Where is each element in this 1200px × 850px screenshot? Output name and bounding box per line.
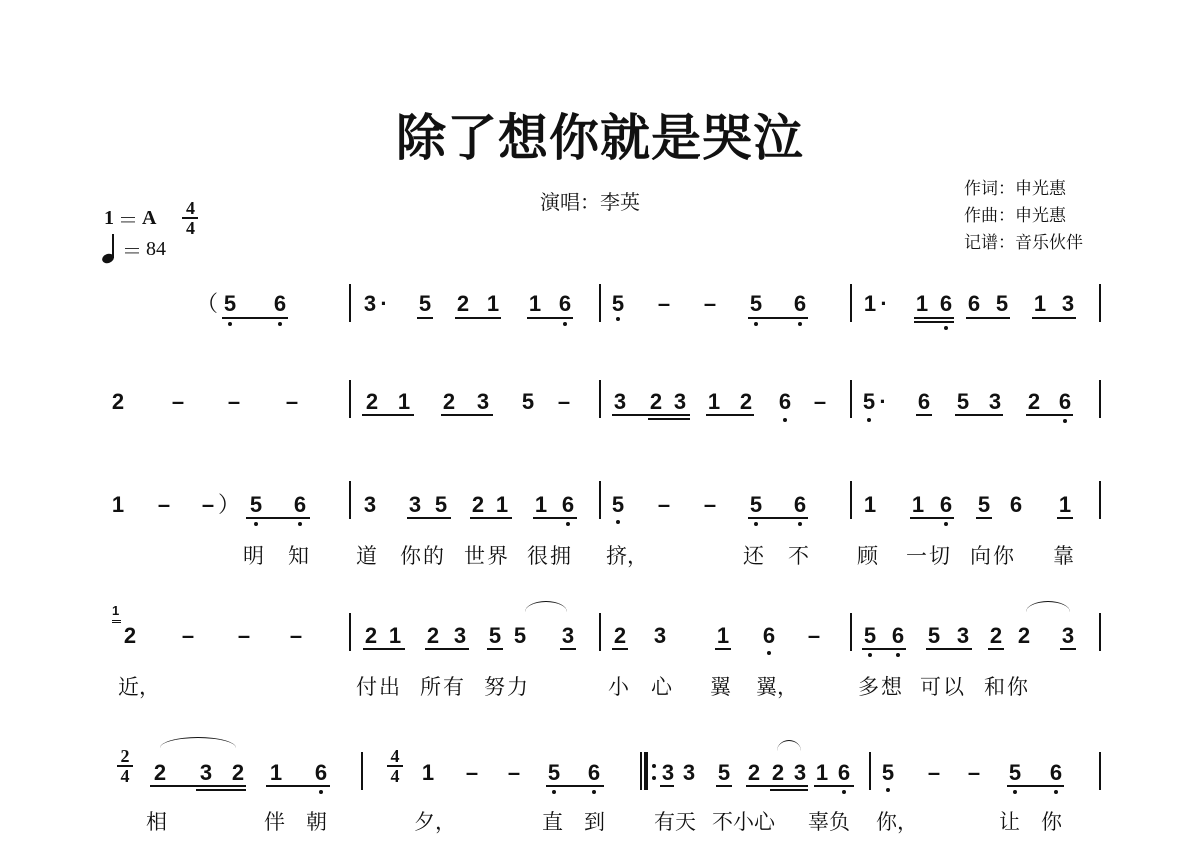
note: 5 (610, 494, 626, 516)
dash: – (170, 391, 186, 413)
dash: – (556, 391, 572, 413)
note: 5 (512, 625, 528, 647)
note: 2 (364, 391, 380, 413)
dash: – (926, 762, 942, 784)
note: 6 (761, 625, 777, 647)
close-paren: ） (218, 494, 234, 516)
key-degree: 1 (104, 207, 114, 230)
barline (349, 380, 351, 418)
note: 5 (222, 293, 238, 315)
note: 5 (433, 494, 449, 516)
note: 2 (425, 625, 441, 647)
note: 2 (230, 762, 246, 784)
lyric: 到 (584, 810, 605, 834)
slur (160, 737, 236, 748)
barline (1099, 380, 1101, 418)
note: 5 (417, 293, 433, 315)
note: 5 (994, 293, 1010, 315)
dash: – (806, 625, 822, 647)
lyric: 直 (542, 810, 563, 834)
slur (525, 601, 567, 612)
note: 3 (987, 391, 1003, 413)
note: 6 (777, 391, 793, 413)
barline (869, 752, 871, 790)
time-signature-bottom: 4 (391, 768, 400, 784)
note: 1 (1057, 494, 1073, 516)
lyric: 顾 (857, 544, 878, 568)
note: 5 (716, 762, 732, 784)
note: 5 (248, 494, 264, 516)
note: 2 (455, 293, 471, 315)
barline (1099, 284, 1101, 322)
dot: · (876, 293, 892, 315)
note: 5 (1007, 762, 1023, 784)
dash: – (702, 494, 718, 516)
note: 6 (938, 494, 954, 516)
note: 6 (586, 762, 602, 784)
barline (349, 613, 351, 651)
lyric: 还 (743, 544, 764, 568)
note: 3 (660, 762, 676, 784)
lyric: 你 (1041, 810, 1062, 834)
key-equals: ＝ (118, 204, 138, 233)
note: 5 (976, 494, 992, 516)
time-signature-2-4: 2 4 (117, 748, 133, 784)
note: 1 (387, 625, 403, 647)
note: 6 (836, 762, 852, 784)
note: 2 (1026, 391, 1042, 413)
lyric: 心 (651, 675, 672, 699)
time-signature-top: 4 (391, 748, 400, 764)
lyric: 可以 (920, 675, 966, 699)
lyric: 伴 (264, 810, 285, 834)
note: 1 (420, 762, 436, 784)
lyric: 小 (608, 675, 629, 699)
barline (850, 284, 852, 322)
note: 6 (938, 293, 954, 315)
grace-note: 1 (112, 603, 119, 618)
barline (349, 481, 351, 519)
dash: – (226, 391, 242, 413)
note: 5 (880, 762, 896, 784)
dash: – (656, 293, 672, 315)
note: 1 (910, 494, 926, 516)
note: 2 (152, 762, 168, 784)
barline (1099, 752, 1101, 790)
lyric: 你， (876, 810, 918, 834)
open-paren: （ (196, 293, 212, 315)
barline (599, 380, 601, 418)
lyric: 向你 (970, 544, 1016, 568)
lyric: 有天 (654, 810, 696, 834)
note: 2 (648, 391, 664, 413)
transcriber-credit: 记谱：音乐伙伴 (964, 230, 1083, 257)
barline (850, 380, 852, 418)
lyric: 挤， (606, 544, 648, 568)
time-signature-top: 4 (186, 200, 195, 216)
lyric: 朝 (306, 810, 327, 834)
note: 1 (494, 494, 510, 516)
barline (599, 284, 601, 322)
note: 3 (955, 625, 971, 647)
dot: · (875, 391, 891, 413)
note: 2 (746, 762, 762, 784)
barline (850, 481, 852, 519)
note: 2 (1016, 625, 1032, 647)
key-signature: 1 ＝ A 4 4 (104, 200, 198, 236)
dash: – (464, 762, 480, 784)
note: 3 (407, 494, 423, 516)
note: 2 (612, 625, 628, 647)
song-title: 除了想你就是哭泣 (0, 98, 1200, 170)
note: 6 (792, 293, 808, 315)
note: 2 (110, 391, 126, 413)
note: 5 (487, 625, 503, 647)
note: 1 (1032, 293, 1048, 315)
barline (599, 613, 601, 651)
dash: – (288, 625, 304, 647)
note: 3 (652, 625, 668, 647)
note: 1 (533, 494, 549, 516)
note: 6 (1048, 762, 1064, 784)
lyric: 多想 (858, 675, 904, 699)
note: 6 (890, 625, 906, 647)
dash: – (200, 494, 216, 516)
note: 3 (612, 391, 628, 413)
note: 2 (363, 625, 379, 647)
lyric: 和你 (984, 675, 1030, 699)
note: 3 (560, 625, 576, 647)
note: 6 (916, 391, 932, 413)
singer-credit: 演唱：李英 (540, 186, 640, 215)
dash: – (156, 494, 172, 516)
composer-credit: 作曲：申光惠 (964, 203, 1083, 230)
note: 2 (122, 625, 138, 647)
time-signature-bottom: 4 (186, 220, 195, 236)
dash: – (966, 762, 982, 784)
note: 6 (292, 494, 308, 516)
note: 1 (914, 293, 930, 315)
time-signature: 4 4 (182, 200, 198, 236)
lyric: 近， (118, 675, 160, 699)
barline (1099, 613, 1101, 651)
note: 6 (792, 494, 808, 516)
note: 1 (706, 391, 722, 413)
lyric: 世界 (464, 544, 510, 568)
note: 6 (557, 293, 573, 315)
lyric: 明 (243, 544, 264, 568)
lyric: 翼 (710, 675, 731, 699)
note: 1 (814, 762, 830, 784)
note: 6 (1057, 391, 1073, 413)
note: 1 (715, 625, 731, 647)
note: 3 (681, 762, 697, 784)
note: 5 (926, 625, 942, 647)
note: 5 (546, 762, 562, 784)
note: 3 (672, 391, 688, 413)
lyric: 让 (999, 810, 1020, 834)
lyric: 不小心 (712, 810, 775, 834)
dash: – (236, 625, 252, 647)
tempo-bpm: 84 (146, 238, 166, 261)
note: 5 (520, 391, 536, 413)
lyric: 道 (356, 544, 377, 568)
note: 3 (792, 762, 808, 784)
tempo-marking: ＝ 84 (102, 234, 166, 264)
note: 2 (738, 391, 754, 413)
dash: – (656, 494, 672, 516)
barline (1099, 481, 1101, 519)
note: 3 (362, 494, 378, 516)
note: 5 (610, 293, 626, 315)
lyric: 夕， (414, 810, 456, 834)
dash: – (284, 391, 300, 413)
note: 1 (110, 494, 126, 516)
note: 6 (313, 762, 329, 784)
barline (361, 752, 363, 790)
note: 1 (862, 494, 878, 516)
dash: – (702, 293, 718, 315)
credits-block: 作词：申光惠 作曲：申光惠 记谱：音乐伙伴 (964, 176, 1083, 257)
note: 5 (955, 391, 971, 413)
lyric: 付出 (356, 675, 402, 699)
note: 3 (475, 391, 491, 413)
lyric: 努力 (484, 675, 530, 699)
lyric: 你的 (400, 544, 446, 568)
slur (777, 740, 801, 751)
dash: – (180, 625, 196, 647)
note: 2 (988, 625, 1004, 647)
barline (599, 481, 601, 519)
tempo-equals: ＝ (122, 235, 142, 264)
lyric: 翼， (756, 675, 798, 699)
note: 3 (1060, 625, 1076, 647)
note: 3 (198, 762, 214, 784)
dot: · (376, 293, 392, 315)
barline (349, 284, 351, 322)
lyricist-credit: 作词：申光惠 (964, 176, 1083, 203)
lyric: 很拥 (527, 544, 573, 568)
lyric: 所有 (420, 675, 466, 699)
note: 2 (441, 391, 457, 413)
note: 5 (748, 293, 764, 315)
barline (850, 613, 852, 651)
quarter-note-icon (102, 234, 116, 264)
note: 5 (748, 494, 764, 516)
slur (1026, 601, 1070, 612)
note: 1 (527, 293, 543, 315)
note: 6 (560, 494, 576, 516)
dash: – (812, 391, 828, 413)
lyric: 辜负 (808, 810, 850, 834)
note: 6 (1008, 494, 1024, 516)
repeat-start-barline (640, 752, 648, 790)
note: 3 (1060, 293, 1076, 315)
note: 2 (470, 494, 486, 516)
note: 1 (485, 293, 501, 315)
time-signature-bottom: 4 (121, 768, 130, 784)
lyric: 不 (788, 544, 809, 568)
note: 1 (396, 391, 412, 413)
note: 1 (268, 762, 284, 784)
lyric: 知 (288, 544, 309, 568)
lyric: 靠 (1053, 544, 1074, 568)
key-letter: A (142, 207, 156, 230)
lyric: 一切 (906, 544, 952, 568)
note: 3 (452, 625, 468, 647)
time-signature-top: 2 (121, 748, 130, 764)
note: 6 (966, 293, 982, 315)
note: 2 (770, 762, 786, 784)
lyric: 相 (146, 810, 167, 834)
note: 5 (862, 625, 878, 647)
dash: – (506, 762, 522, 784)
note: 6 (272, 293, 288, 315)
time-signature-4-4: 4 4 (387, 748, 403, 784)
